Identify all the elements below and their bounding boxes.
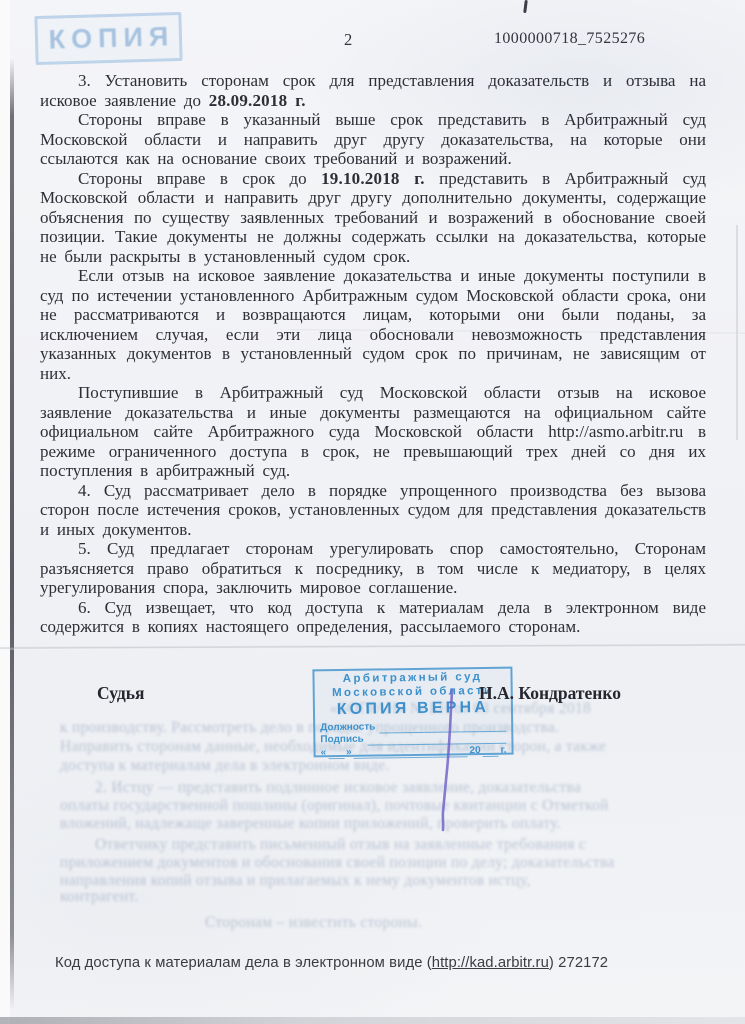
stamp-date-open-quote: « [320, 747, 326, 759]
stamp-date-year-suffix: г. [501, 745, 507, 757]
pen-signature-stroke [400, 680, 500, 850]
access-code-link: http://kad.arbitr.ru [432, 955, 549, 971]
bleed-through-line: доступа к материалам дела в электронном … [60, 757, 390, 775]
access-code-text-pre: Код доступа к материалам дела в электрон… [55, 955, 432, 971]
stamp-signature-label: Подпись [320, 734, 364, 747]
access-code-line: Код доступа к материалам дела в электрон… [55, 955, 608, 971]
stamp-position-label: Должность [320, 722, 375, 735]
stamp-date-close-quote: » [346, 747, 352, 759]
scanned-document-page: «БОГРАН» № БН от 03 сентября 2018к произ… [0, 0, 745, 1024]
judge-name: Н.А. Кондратенко [479, 683, 621, 704]
bleed-through-line: оплаты государственной пошлины (оригинал… [60, 797, 609, 815]
stamp-date-day-line [328, 748, 344, 759]
bleed-through-line: Сторонам – известить стороны. [205, 914, 422, 932]
bleed-through-line: 2. Истцу — представить подлинное исковое… [95, 779, 581, 797]
bleed-through-line: контрагент. [60, 888, 139, 906]
bleed-through-line: приложением документов и обоснования сво… [60, 854, 615, 872]
access-code-text-post: ) 272172 [549, 955, 608, 971]
bleed-through-line: Ответчику представить письменный отзыв н… [95, 836, 586, 854]
bleed-through-layer: «БОГРАН» № БН от 03 сентября 2018к произ… [0, 0, 745, 1024]
